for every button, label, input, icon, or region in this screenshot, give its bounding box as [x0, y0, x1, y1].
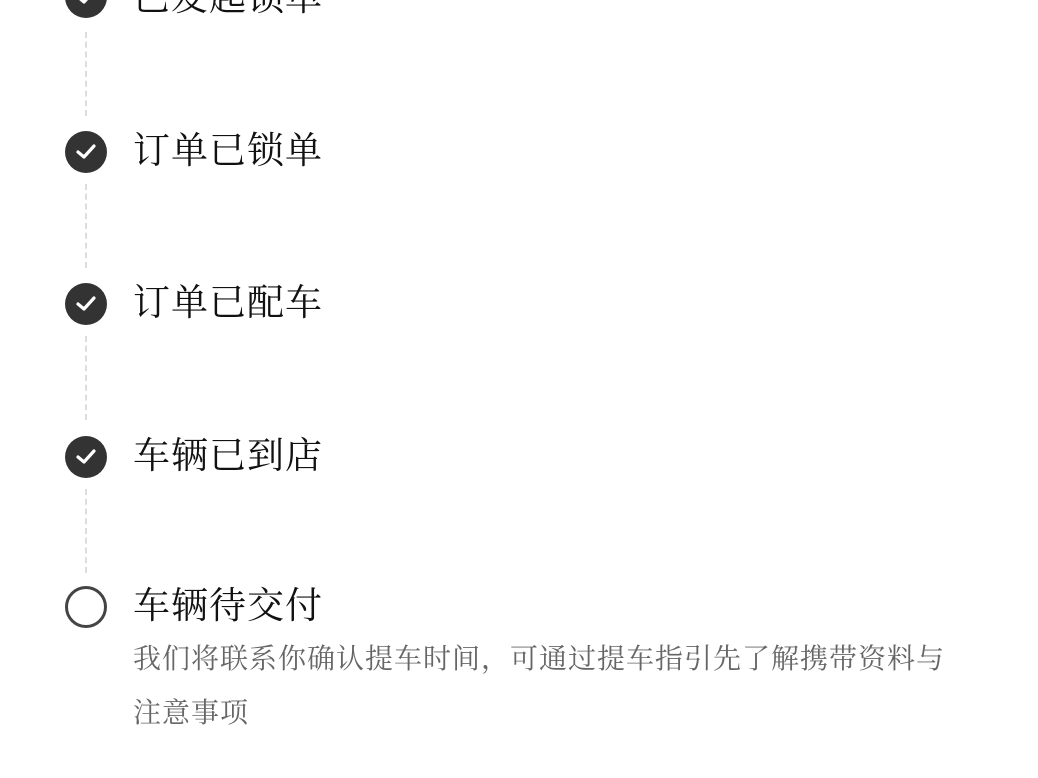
- step-description: 我们将联系你确认提车时间，可通过提车指引先了解携带资料与注意事项: [133, 632, 973, 740]
- timeline-connector: [85, 489, 87, 573]
- check-circle-icon: [65, 283, 107, 325]
- check-circle-icon: [65, 0, 107, 18]
- step-title: 已发起锁单: [133, 0, 323, 20]
- step-title: 车辆待交付: [133, 584, 323, 628]
- order-progress-timeline: 已发起锁单 订单已锁单 订单已配车 车辆已到店 车辆待交付 我们将联系你确认提车…: [0, 0, 1038, 778]
- empty-circle-icon: [65, 586, 107, 628]
- step-title: 车辆已到店: [133, 434, 323, 478]
- check-circle-icon: [65, 436, 107, 478]
- timeline-connector: [85, 336, 87, 420]
- step-title: 订单已配车: [133, 281, 323, 325]
- step-title: 订单已锁单: [133, 129, 323, 173]
- timeline-connector: [85, 32, 87, 116]
- check-circle-icon: [65, 131, 107, 173]
- timeline-connector: [85, 184, 87, 268]
